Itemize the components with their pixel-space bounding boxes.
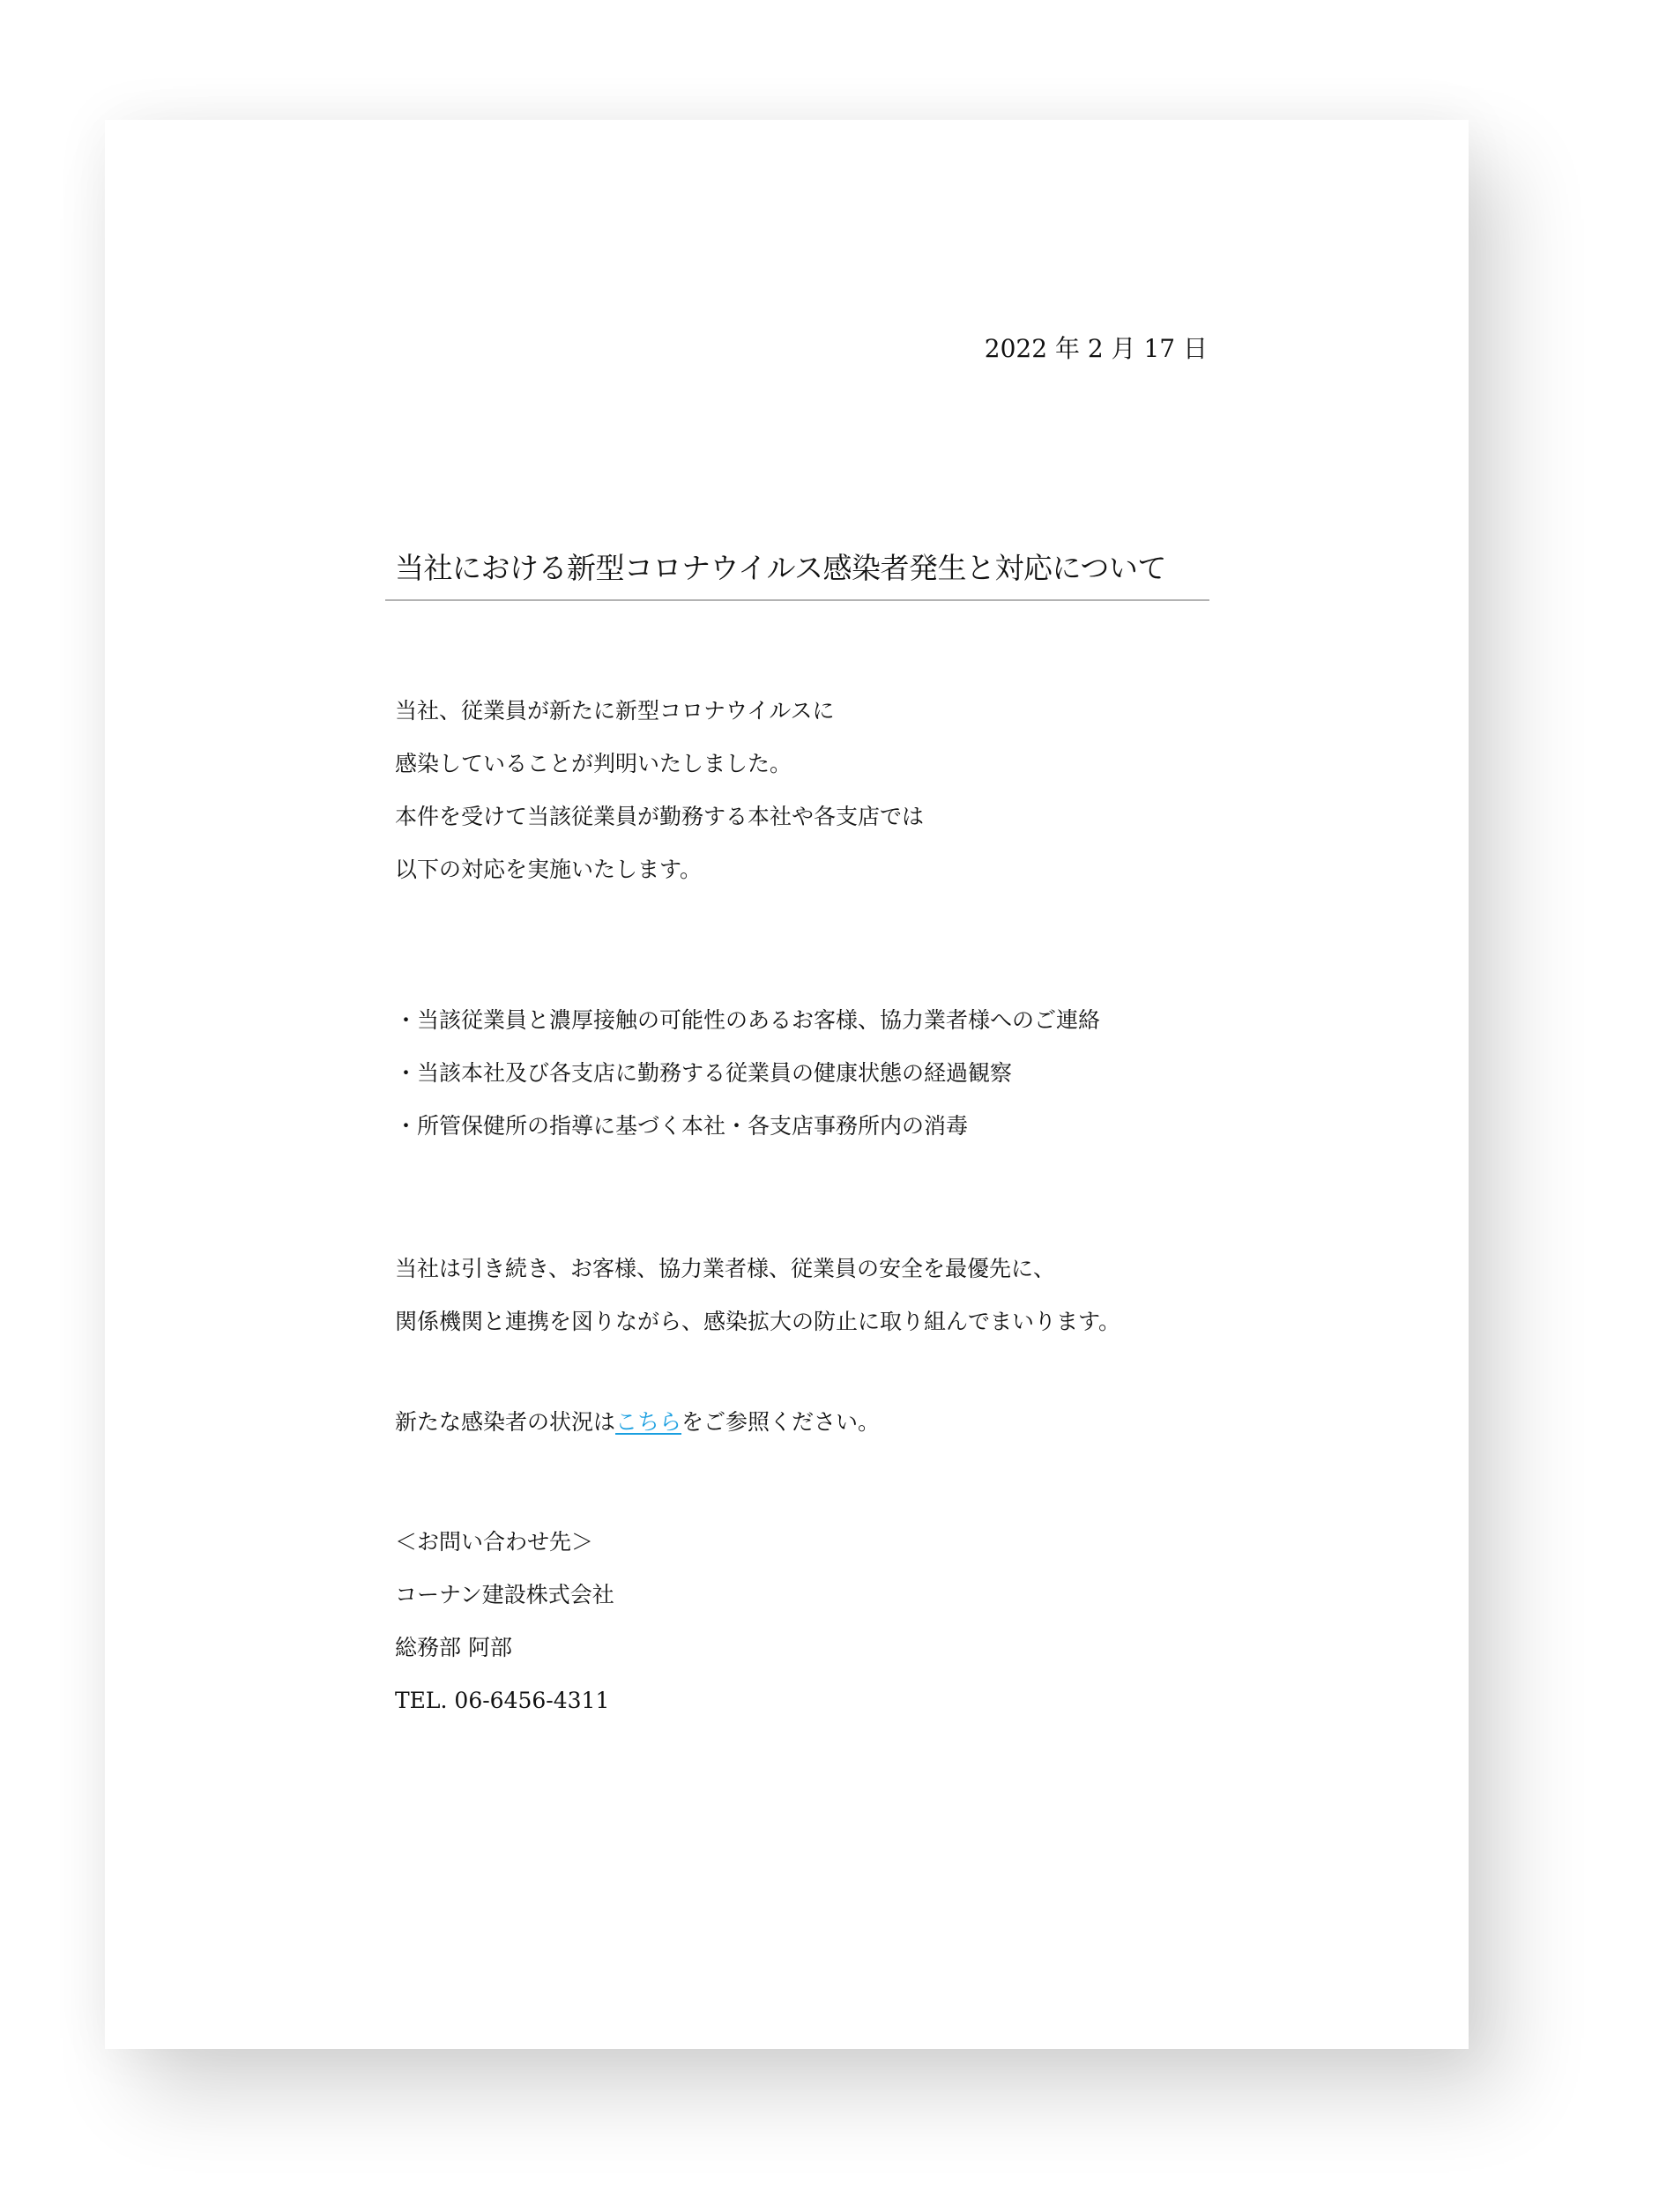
title-underline-divider — [385, 599, 1209, 601]
reference-text-after: をご参照ください。 — [681, 1409, 880, 1435]
document-page: 2022 年 2 月 17 日 当社における新型コロナウイルス感染者発生と対応に… — [105, 120, 1469, 2049]
closing-paragraph: 当社は引き続き、お客様、協力業者様、従業員の安全を最優先に、 関係機関と連携を図… — [395, 1243, 1120, 1348]
measure-item: ・当該従業員と濃厚接触の可能性のあるお客様、協力業者様へのご連絡 — [395, 994, 1100, 1047]
reference-text-before: 新たな感染者の状況は — [395, 1409, 615, 1435]
reference-paragraph: 新たな感染者の状況はこちらをご参照ください。 — [395, 1396, 880, 1449]
intro-line: 感染していることが判明いたしました。 — [395, 738, 924, 791]
title-section: 当社における新型コロナウイルス感染者発生と対応について — [385, 548, 1209, 601]
infection-status-link[interactable]: こちら — [615, 1409, 681, 1435]
measures-list: ・当該従業員と濃厚接触の可能性のあるお客様、協力業者様へのご連絡 ・当該本社及び… — [395, 994, 1100, 1153]
intro-line: 当社、従業員が新たに新型コロナウイルスに — [395, 685, 924, 738]
intro-line: 以下の対応を実施いたします。 — [395, 843, 924, 896]
document-date: 2022 年 2 月 17 日 — [985, 331, 1208, 367]
contact-department: 総務部 阿部 — [395, 1622, 614, 1674]
measure-item: ・当該本社及び各支店に勤務する従業員の健康状態の経過観察 — [395, 1047, 1100, 1100]
intro-paragraph: 当社、従業員が新たに新型コロナウイルスに 感染していることが判明いたしました。 … — [395, 685, 924, 896]
document-title: 当社における新型コロナウイルス感染者発生と対応について — [385, 548, 1209, 589]
reference-line: 新たな感染者の状況はこちらをご参照ください。 — [395, 1396, 880, 1449]
closing-line: 当社は引き続き、お客様、協力業者様、従業員の安全を最優先に、 — [395, 1243, 1120, 1295]
intro-line: 本件を受けて当該従業員が勤務する本社や各支店では — [395, 791, 924, 843]
measure-item: ・所管保健所の指導に基づく本社・各支店事務所内の消毒 — [395, 1100, 1100, 1153]
contact-section: ＜お問い合わせ先＞ コーナン建設株式会社 総務部 阿部 TEL. 06-6456… — [395, 1516, 614, 1727]
contact-company: コーナン建設株式会社 — [395, 1569, 614, 1622]
closing-line: 関係機関と連携を図りながら、感染拡大の防止に取り組んでまいります。 — [395, 1295, 1120, 1348]
contact-phone: TEL. 06-6456-4311 — [395, 1674, 614, 1727]
contact-heading: ＜お問い合わせ先＞ — [395, 1516, 614, 1569]
